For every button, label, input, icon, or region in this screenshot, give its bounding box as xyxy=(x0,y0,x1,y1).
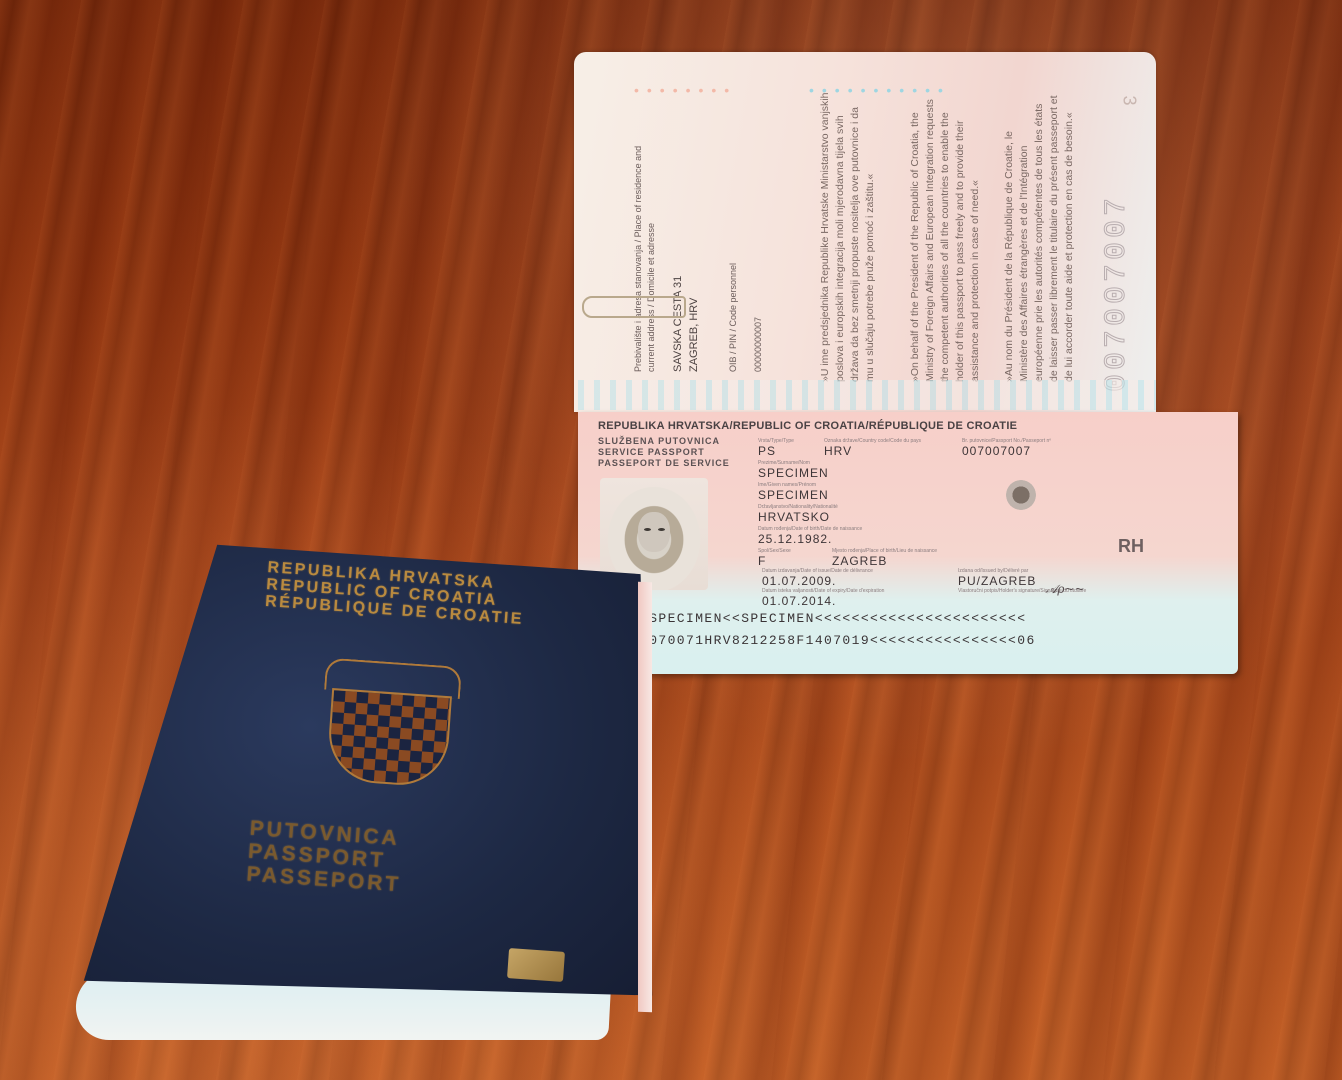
residence-label: Prebivalište i adresa stanovanja / Place… xyxy=(632,112,658,372)
ghost-image xyxy=(1006,480,1036,510)
request-text-french: »Au nom du Président de la République de… xyxy=(1002,92,1077,382)
mrz-line-2: 0070071HRV8212258F1407019<<<<<<<<<<<<<<<… xyxy=(640,630,1036,652)
expiry-date-value: 01.07.2014. xyxy=(762,594,836,608)
sex-value: F xyxy=(758,554,766,568)
surname-value: SPECIMEN xyxy=(758,466,829,480)
issue-date-value: 01.07.2009. xyxy=(762,574,836,588)
pob-value: ZAGREB xyxy=(832,554,887,568)
passport-number-value: 007007007 xyxy=(962,444,1031,458)
observations-page: •••••••• ••••••••••• 3 Prebivalište i ad… xyxy=(574,52,1156,412)
guilloche-band xyxy=(578,380,1156,410)
biodata-page: REPUBLIKA HRVATSKA/REPUBLIC OF CROATIA/R… xyxy=(578,412,1238,674)
request-text-english: »On behalf of the President of the Repub… xyxy=(908,92,983,382)
oib-value: 00000000007 xyxy=(752,232,765,372)
paperclip-icon xyxy=(582,296,686,318)
mrz-line-1: VSPECIMEN<<SPECIMEN<<<<<<<<<<<<<<<<<<<<<… xyxy=(640,608,1036,630)
checkerboard-shield-icon xyxy=(326,688,452,788)
request-text-croatian: »U ime predsjednika Republike Hrvatske M… xyxy=(818,92,878,382)
machine-readable-zone: VSPECIMEN<<SPECIMEN<<<<<<<<<<<<<<<<<<<<<… xyxy=(640,608,1036,652)
open-service-passport: •••••••• ••••••••••• 3 Prebivalište i ad… xyxy=(572,52,1238,674)
cover-edge xyxy=(638,582,652,1012)
residence-address: SAVSKA CESTA 31 ZAGREB, HRV xyxy=(670,192,702,372)
closed-passport: REPUBLIKA HRVATSKA REPUBLIC OF CROATIA R… xyxy=(70,530,670,1050)
document-type: SLUŽBENA PUTOVNICA SERVICE PASSPORT PASS… xyxy=(598,436,730,469)
type-value: PS xyxy=(758,444,776,458)
dob-value: 25.12.1982. xyxy=(758,532,832,546)
holder-signature: 𝒜ρ~~ xyxy=(1046,582,1085,597)
decorative-dots-pink: •••••••• xyxy=(634,82,737,98)
given-names-value: SPECIMEN xyxy=(758,488,829,502)
country-code-value: HRV xyxy=(824,444,852,458)
data-page-header: REPUBLIKA HRVATSKA/REPUBLIC OF CROATIA/R… xyxy=(598,420,1017,432)
coat-of-arms-icon xyxy=(318,658,458,787)
authority-value: PU/ZAGREB xyxy=(958,574,1036,588)
oib-block: OIB / PIN / Code personnel xyxy=(714,232,740,372)
page-number: 3 xyxy=(1118,95,1139,105)
perforated-passport-number: 007007007 xyxy=(1100,132,1134,392)
nationality-value: HRVATSKO xyxy=(758,510,830,524)
biometric-chip-icon xyxy=(507,948,565,982)
country-mark: RH xyxy=(1118,536,1144,557)
oib-label: OIB / PIN / Code personnel xyxy=(728,263,738,372)
cover-document-name: PUTOVNICA PASSPORT PASSEPORT xyxy=(246,817,405,897)
